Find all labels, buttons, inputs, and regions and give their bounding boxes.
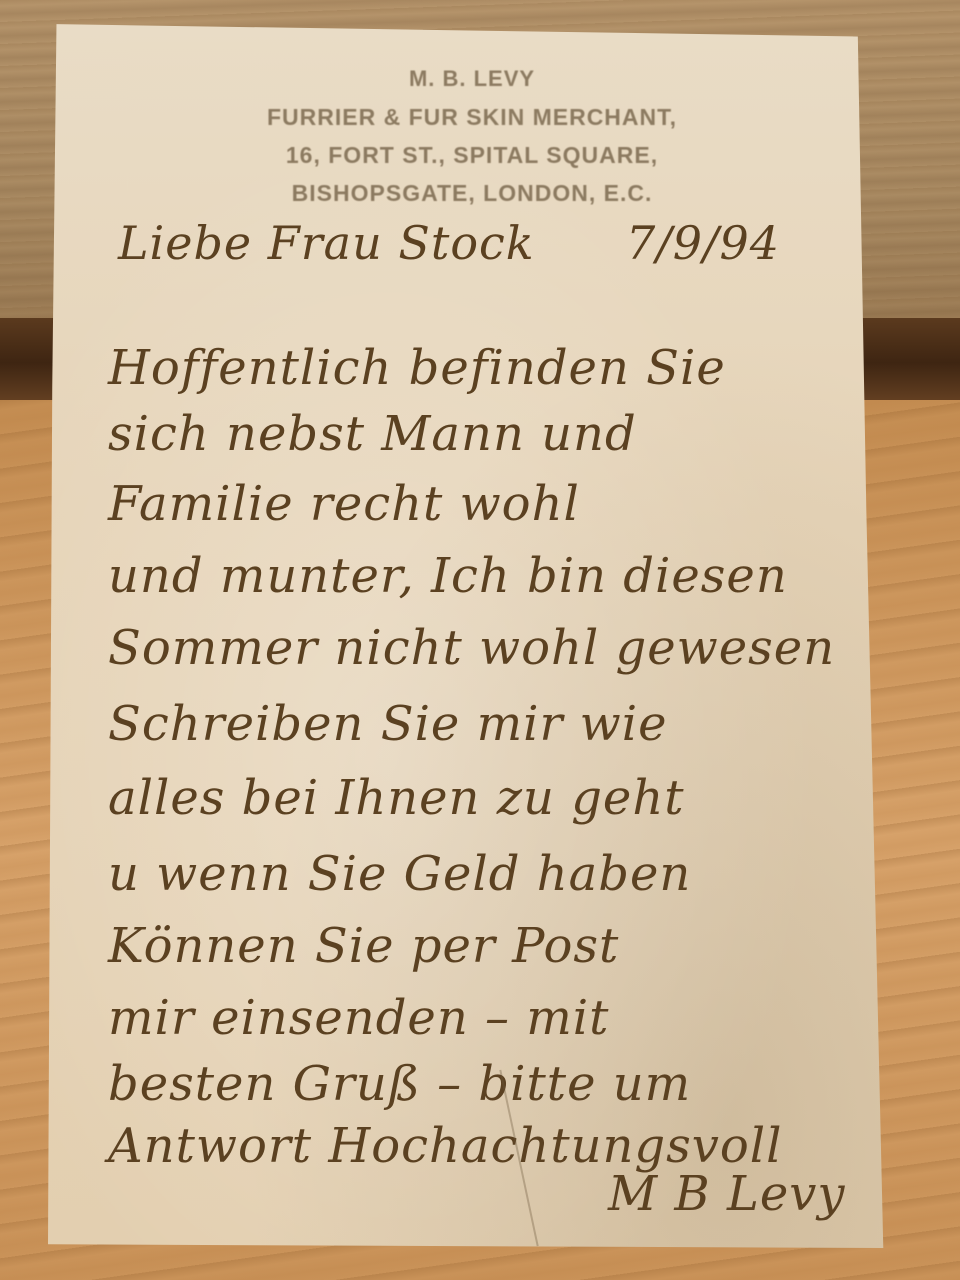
postcard: M. B. LEVY FURRIER & FUR SKIN MERCHANT, … bbox=[48, 18, 896, 1248]
letter-line: Hoffentlich befinden Sie bbox=[108, 340, 726, 396]
letter-date: 7/9/94 bbox=[626, 216, 780, 270]
salutation: Liebe Frau Stock bbox=[118, 216, 535, 270]
letter-line: Schreiben Sie mir wie bbox=[108, 696, 668, 752]
letter-line: besten Gruß – bitte um bbox=[108, 1056, 691, 1112]
letter-line: und munter, Ich bin diesen bbox=[108, 548, 788, 604]
letterhead-city: BISHOPSGATE, LONDON, E.C. bbox=[48, 174, 896, 212]
letterhead-address: 16, FORT ST., SPITAL SQUARE, bbox=[48, 136, 896, 174]
letterhead-name: M. B. LEVY bbox=[48, 60, 896, 98]
letter-line: Können Sie per Post bbox=[108, 918, 619, 974]
letter-line: sich nebst Mann und bbox=[108, 406, 637, 462]
letterhead-trade: FURRIER & FUR SKIN MERCHANT, bbox=[48, 98, 896, 136]
letter-line: u wenn Sie Geld haben bbox=[108, 846, 691, 902]
signature: M B Levy bbox=[608, 1166, 845, 1222]
letter-line: mir einsenden – mit bbox=[108, 990, 609, 1046]
letterhead-stamp: M. B. LEVY FURRIER & FUR SKIN MERCHANT, … bbox=[48, 60, 896, 212]
letter-line: Sommer nicht wohl gewesen bbox=[108, 620, 835, 676]
letter-line: alles bei Ihnen zu geht bbox=[108, 770, 685, 826]
letter-line: Familie recht wohl bbox=[108, 476, 580, 532]
